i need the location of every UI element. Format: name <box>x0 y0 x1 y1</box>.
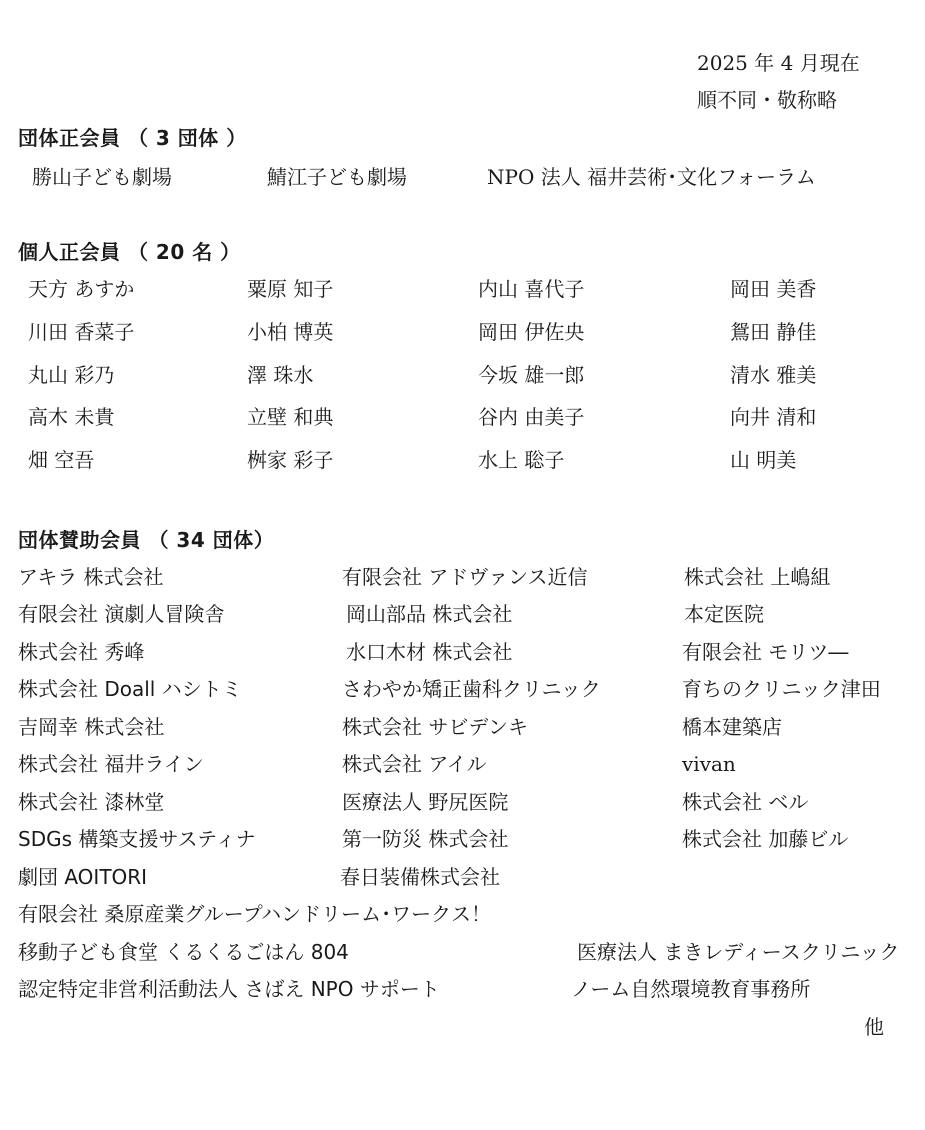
member-name: 高木 未貴 <box>28 407 114 427</box>
member-name: 丸山 彩乃 <box>28 365 114 385</box>
supporter-name: 劇団 AOITORI <box>18 867 147 887</box>
member-name: 畑 空吾 <box>28 450 94 470</box>
others-mark: 他 <box>864 1017 884 1037</box>
supporter-name: 有限会社 アドヴァンス近信 <box>342 567 588 587</box>
supporter-name: さわやか矯正歯科クリニック <box>342 679 601 699</box>
date-note: 2025 年 4 月現在 <box>697 53 860 73</box>
group-regular-item: NPO 法人 福井芸術･文化フォーラム <box>487 167 816 187</box>
supporter-name: 株式会社 アイル <box>342 754 487 774</box>
supporter-name: 有限会社 演劇人冒険舎 <box>18 604 224 624</box>
supporter-name: 水口木材 株式会社 <box>346 642 512 662</box>
supporter-name: 株式会社 Doall ハシトミ <box>18 679 242 699</box>
supporter-name: vivan <box>682 754 736 774</box>
supporter-name: 移動子ども食堂 くるくるごはん 804 <box>18 942 349 962</box>
supporter-name: 橋本建築店 <box>682 717 782 737</box>
group-supporting-heading: 団体賛助会員 （ 34 団体） <box>18 530 274 550</box>
group-regular-heading: 団体正会員 （ 3 団体 ） <box>18 128 247 148</box>
supporter-name: 春日装備株式会社 <box>340 867 500 887</box>
supporter-name: 医療法人 野尻医院 <box>342 792 508 812</box>
group-regular-item: 鯖江子ども劇場 <box>267 167 407 187</box>
supporter-name: 株式会社 ベル <box>682 792 808 812</box>
member-name: 向井 清和 <box>730 407 816 427</box>
member-name: 岡田 伊佐央 <box>478 322 584 342</box>
member-name: 鴛田 静佳 <box>730 322 816 342</box>
supporter-name: 株式会社 上嶋組 <box>684 567 830 587</box>
group-regular-item: 勝山子ども劇場 <box>32 167 172 187</box>
supporter-name: 第一防災 株式会社 <box>342 829 508 849</box>
supporter-name: SDGs 構築支援サスティナ <box>18 829 256 849</box>
member-name: 川田 香菜子 <box>28 322 134 342</box>
supporter-name: 株式会社 加藤ビル <box>682 829 848 849</box>
member-name: 天方 あすか <box>28 279 134 299</box>
supporter-name: ノーム自然環境教育事務所 <box>571 979 810 999</box>
supporter-name: アキラ 株式会社 <box>18 567 164 587</box>
supporter-name: 吉岡幸 株式会社 <box>18 717 164 737</box>
supporter-name: 株式会社 福井ライン <box>18 754 204 774</box>
member-name: 清水 雅美 <box>730 365 816 385</box>
member-name: 山 明美 <box>730 450 796 470</box>
supporter-name: 医療法人 まきレディースクリニック <box>577 942 900 962</box>
member-name: 水上 聡子 <box>478 450 564 470</box>
supporter-name: 株式会社 秀峰 <box>18 642 144 662</box>
supporter-name: 岡山部品 株式会社 <box>346 604 512 624</box>
member-name: 谷内 由美子 <box>478 407 584 427</box>
member-name: 今坂 雄一郎 <box>478 365 584 385</box>
order-note: 順不同・敬称略 <box>697 90 837 110</box>
member-name: 小柏 博英 <box>247 322 333 342</box>
member-name: 澤 珠水 <box>247 365 313 385</box>
supporter-name: 株式会社 サビデンキ <box>342 717 528 737</box>
individual-regular-heading: 個人正会員 （ 20 名 ） <box>18 242 241 262</box>
member-name: 内山 喜代子 <box>478 279 584 299</box>
supporter-name: 有限会社 桑原産業グループハンドリーム･ワークス！ <box>18 904 491 924</box>
member-name: 岡田 美香 <box>730 279 816 299</box>
supporter-name: 育ちのクリニック津田 <box>682 679 881 699</box>
member-name: 立壁 和典 <box>247 407 333 427</box>
member-name: 粟原 知子 <box>247 279 333 299</box>
member-name: 桝家 彩子 <box>247 450 333 470</box>
supporter-name: 株式会社 漆林堂 <box>18 792 164 812</box>
supporter-name: 有限会社 モリツ― <box>682 642 848 662</box>
supporter-name: 本定医院 <box>684 604 764 624</box>
supporter-name: 認定特定非営利活動法人 さばえ NPO サポート <box>18 979 440 999</box>
